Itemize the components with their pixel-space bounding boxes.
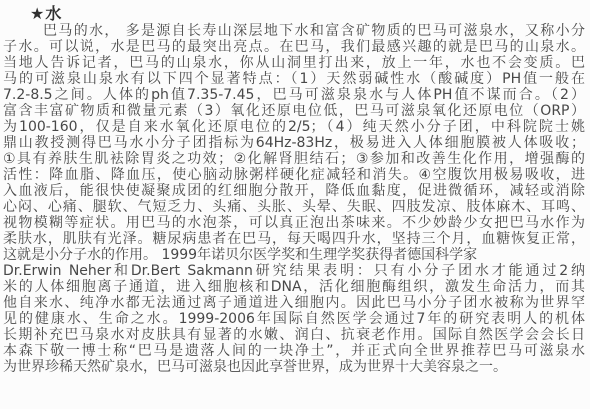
text-line: 心闷、心痛、腿软、气短乏力、头痛、头胀、头晕、失眠、四肢发凉、肢体麻木、耳鸣、 — [3, 199, 585, 215]
text-line: 巴马的水， 多是源自长寿山深层地下水和富含矿物质的巴马可滋泉水，又称小分 — [3, 23, 585, 39]
text-line: 富含丰富矿物质和微量元素（3）氧化还原电位低，巴马可滋泉氧化还原电位（ORP） — [3, 103, 585, 119]
text-line: 活性：降血脂、降血压，使心脑动脉粥样硬化症减轻和消失。④空腹饮用极易吸收，进 — [3, 167, 585, 183]
document-body: 巴马的水， 多是源自长寿山深层地下水和富含矿物质的巴马可滋泉水，又称小分 子水。… — [0, 23, 590, 375]
text-line: 当地人告诉记者，巴马的山泉水，你从山洞里打出来，放上一年，水也不会变质。巴 — [3, 55, 585, 71]
text-line: 7.2-8.5之间。人体的ph值7.35-7.45，巴马可滋泉泉水与人体PH值不… — [3, 87, 585, 103]
text-line: 入血液后，能很快使凝聚成团的红细胞分散开，降低血黏度，促进微循环，减轻或消除 — [3, 183, 585, 199]
text-line: 他自来水、纯净水都无法通过离子通道进入细胞内。因此巴马小分子团水被称为世界罕 — [3, 295, 585, 311]
text-line: Dr.Erwin Neher和Dr.Bert Sakmann研究结果表明：只有小… — [3, 263, 585, 279]
text-line: 马的可滋泉山泉水有以下四个显著特点：（1）天然弱碱性水（酸碱度）PH值一般在 — [3, 71, 585, 87]
text-line: 柔肤水，肌肤有光泽。糖尿病患者在巴马，每天喝四升水，坚持三个月，血糖恢复正常， — [3, 231, 585, 247]
text-line: 为100-160，仅是自来水氧化还原电位的2/5；（4）纯天然小分子团，中科院院… — [3, 119, 585, 135]
text-line: 鼎山教授测得巴马水小分子团指标为64Hz-83Hz，极易进入人体细胞膜被人体吸收… — [3, 135, 585, 151]
text-line: 米的人体细胞离子通道，进入细胞核和DNA，活化细胞酶组织，激发生命活力，而其 — [3, 279, 585, 295]
text-line: 这就是小分子水的作用。 1999年诺贝尔医学奖和生理学奖获得者德国科学家 — [3, 247, 585, 263]
text-line: 视物模糊等症状。用巴马的水泡茶，可以真正泡出茶味来。不少妙龄少女把巴马水作为 — [3, 215, 585, 231]
text-line: 本森下敬一博士称“巴马是遗落人间的一块净土”，并正式向全世界推荐巴马可滋泉水 — [3, 343, 585, 359]
text-line: 见的健康水、生命之水。1999-2006年国际自然医学会通过7年的研究表明人的机… — [3, 311, 585, 327]
text-line: 长期补充巴马泉水对皮肤具有显著的水嫩、润白、抗衰老作用。国际自然医学会会长日 — [3, 327, 585, 343]
document-page: ★水 巴马的水， 多是源自长寿山深层地下水和富含矿物质的巴马可滋泉水，又称小分 … — [0, 0, 590, 409]
text-line: 子水。可以说，水是巴马的最突出亮点。在巴马，我们最感兴趣的就是巴马的山泉水。 — [3, 39, 585, 55]
text-line: ①具有养肤生肌袪除胃炎之功效；②化解肾胆结石；③参加和改善生化作用，增强酶的 — [3, 151, 585, 167]
text-line: 为世界珍稀天然矿泉水，巴马可滋泉也因此享誉世界，成为世界十大美容泉之一。 — [3, 359, 585, 375]
section-title: ★水 — [0, 0, 590, 23]
